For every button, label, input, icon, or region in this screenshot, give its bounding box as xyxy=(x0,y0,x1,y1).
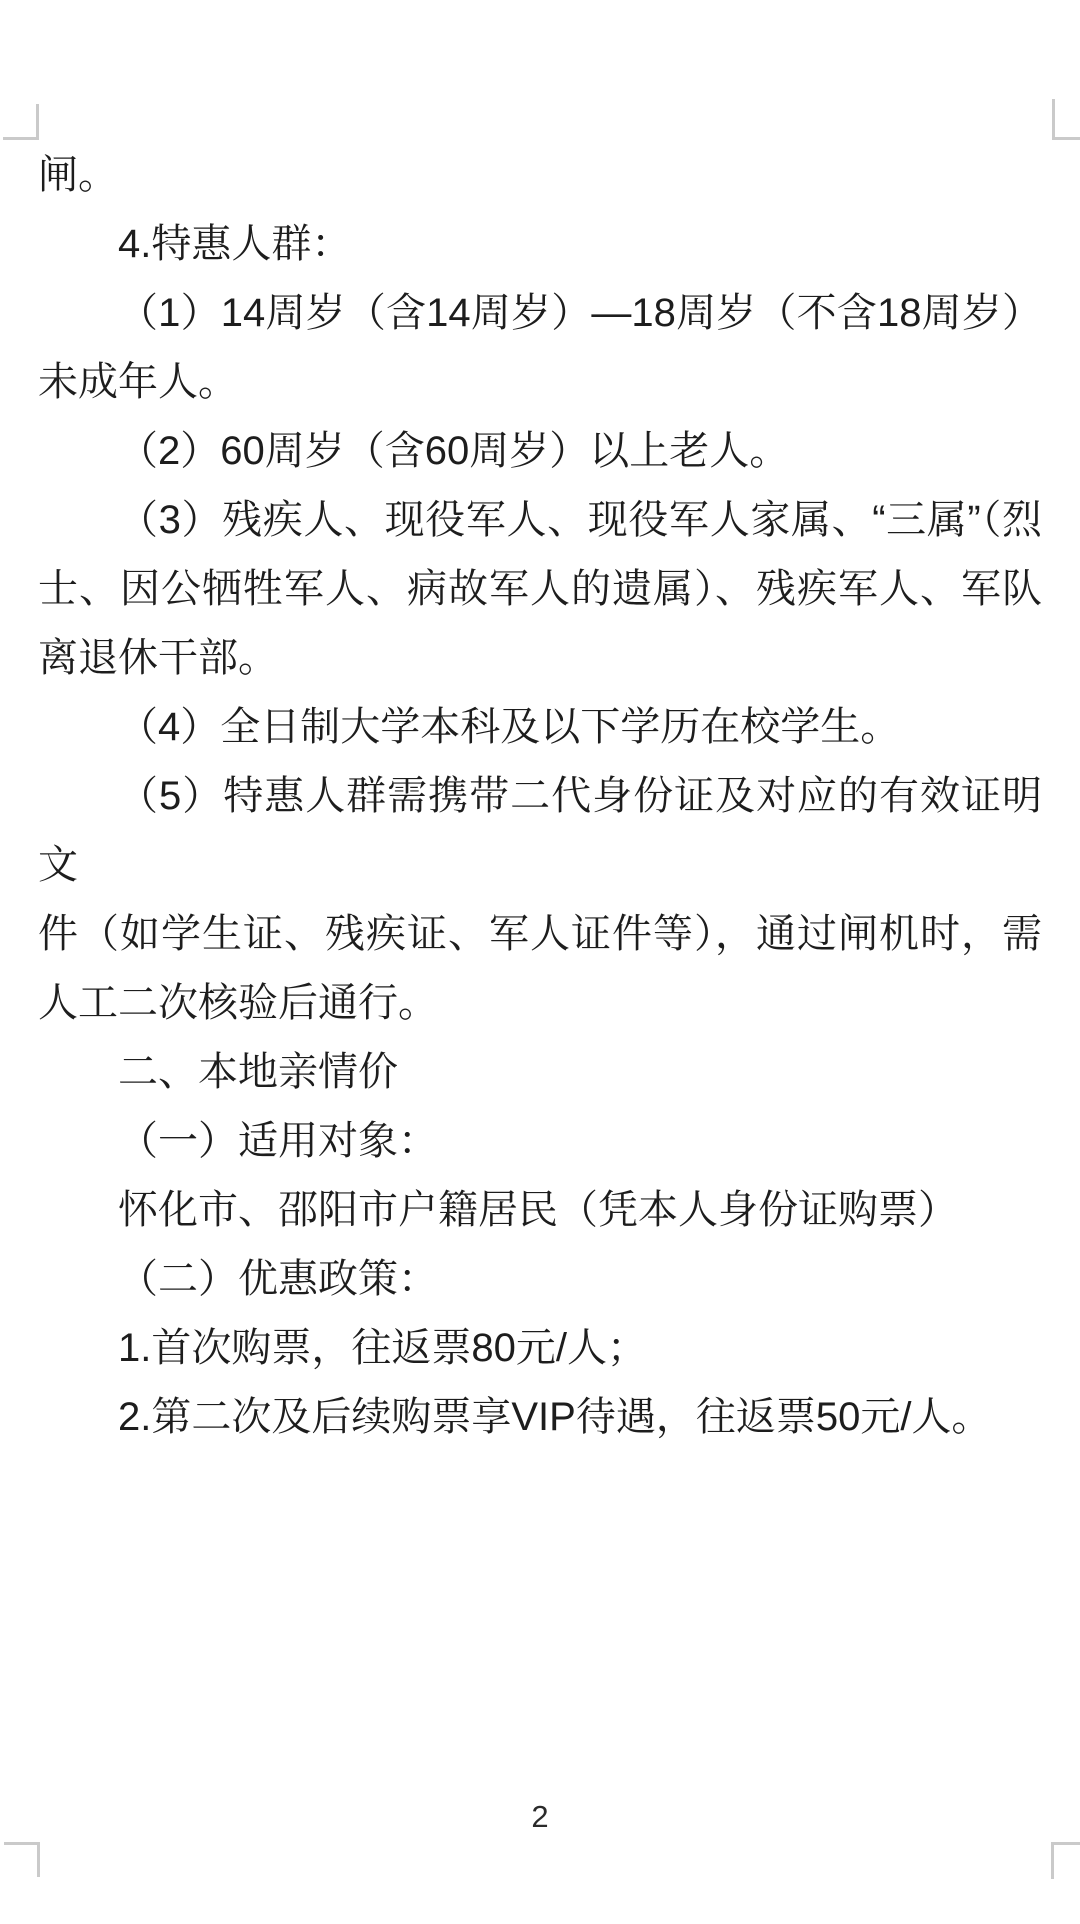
text-line: 件（如学生证、残疾证、军人证件等），通过闸机时，需 xyxy=(38,900,1042,969)
text-line: （1）14周岁（含14周岁）—18周岁（不含18周岁） xyxy=(38,279,1042,348)
text-line: （3）残疾人、现役军人、现役军人家属、“三属”（烈 xyxy=(38,486,1042,555)
text-line: （5）特惠人群需携带二代身份证及对应的有效证明文 xyxy=(38,762,1042,900)
text-line: 怀化市、邵阳市户籍居民（凭本人身份证购票） xyxy=(38,1176,1042,1245)
page-number: 2 xyxy=(0,1800,1080,1834)
text-line: 2.第二次及后续购票享VIP待遇，往返票50元/人。 xyxy=(38,1383,1042,1452)
text-boundary-mark-bottom-left xyxy=(4,1842,40,1877)
text-boundary-mark-bottom-right xyxy=(1051,1842,1080,1879)
text-line: 4.特惠人群： xyxy=(38,210,1042,279)
text-line: 离退休干部。 xyxy=(38,624,1042,693)
text-line: （二）优惠政策： xyxy=(38,1245,1042,1314)
text-line: 士、因公牺牲军人、病故军人的遗属）、残疾军人、军队 xyxy=(38,555,1042,624)
section-heading: 二、本地亲情价 xyxy=(38,1038,1042,1107)
text-line: 1.首次购票，往返票80元/人； xyxy=(38,1314,1042,1383)
text-line: （2）60周岁（含60周岁）以上老人。 xyxy=(38,417,1042,486)
text-line: 闸。 xyxy=(38,141,1042,210)
text-line: （一）适用对象： xyxy=(38,1107,1042,1176)
text-line: 人工二次核验后通行。 xyxy=(38,969,1042,1038)
document-body: 闸。 4.特惠人群： （1）14周岁（含14周岁）—18周岁（不含18周岁） 未… xyxy=(38,141,1042,1452)
text-line: 未成年人。 xyxy=(38,348,1042,417)
document-page: 闸。 4.特惠人群： （1）14周岁（含14周岁）—18周岁（不含18周岁） 未… xyxy=(0,0,1080,1924)
text-boundary-mark-top-left xyxy=(3,104,39,140)
text-boundary-mark-top-right xyxy=(1052,99,1080,140)
text-line: （4）全日制大学本科及以下学历在校学生。 xyxy=(38,693,1042,762)
